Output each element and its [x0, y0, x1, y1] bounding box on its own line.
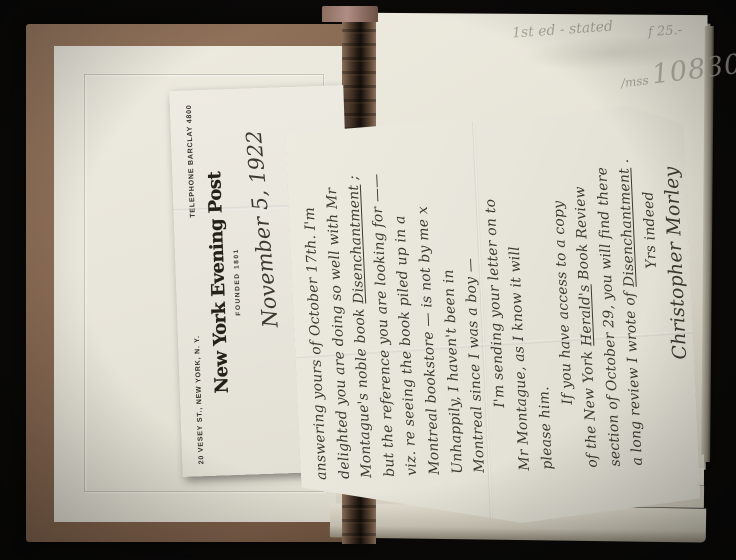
handwritten-date: November 5, 1922	[242, 129, 283, 328]
letter-line-underlined: Disenchantment	[617, 168, 638, 288]
letter-line-underlined: Herald's	[577, 284, 596, 346]
letter-sheet: answering yours of October 17th. I'm del…	[285, 103, 701, 533]
letter-line-text: please him.	[536, 386, 556, 470]
letterhead-address: 20 VESEY ST., NEW YORK, N. Y.	[194, 335, 205, 464]
mss-prefix: /mss	[620, 73, 649, 90]
letter-line-underlined: Disenchantment	[346, 184, 367, 304]
spine-headband	[322, 6, 378, 22]
pencil-note-price: f 25.-	[648, 23, 683, 40]
photo-of-open-book: 1st ed - stated f 25.- /mss10830 20 VESE…	[0, 0, 736, 560]
letter-line-text: Yrs indeed	[640, 191, 660, 269]
letter-line-text: .	[616, 158, 632, 168]
letter-text: answering yours of October 17th. I'm del…	[285, 103, 701, 533]
letter-line-text: of the New York	[580, 346, 602, 468]
letter-line-text: a long review I wrote of	[622, 287, 646, 466]
letter-line-text: Book Review	[572, 186, 592, 285]
letter-line-text: ;	[346, 175, 362, 185]
letterhead-telephone: TELEPHONE BARCLAY 4800	[186, 104, 197, 217]
